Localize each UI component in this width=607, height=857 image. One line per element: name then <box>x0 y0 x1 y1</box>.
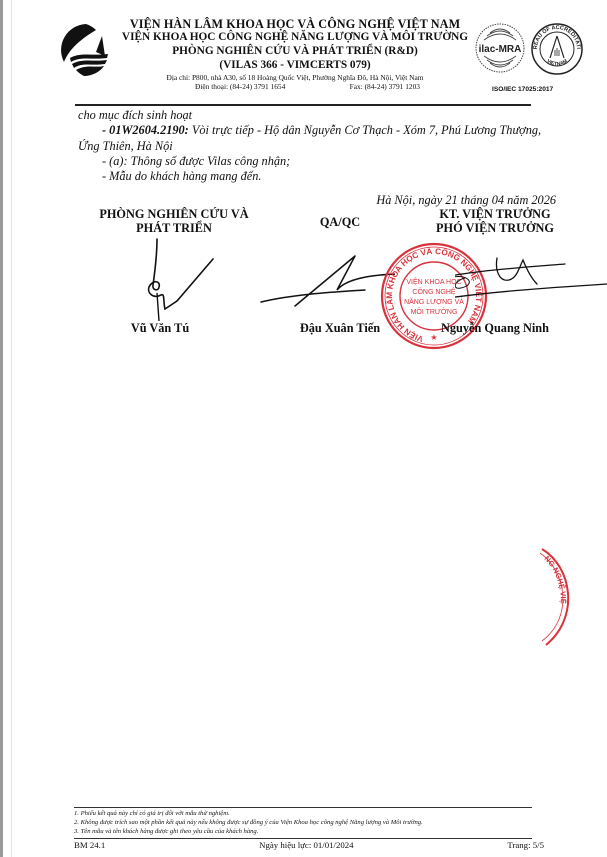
note-vilas: - (a): Thông số được Vilas công nhận; <box>78 154 558 169</box>
svg-text:CÔNG NGHỆ: CÔNG NGHỆ <box>412 287 456 296</box>
sample-location: Ứng Thiên, Hà Nội <box>78 139 558 154</box>
form-code: BM 24.1 <box>74 840 105 850</box>
signer-name-rd: Vũ Văn Tú <box>110 321 210 336</box>
sample-desc: Vòi trực tiếp - Hộ dân Nguyễn Cơ Thạch -… <box>189 123 541 137</box>
header-academy: VIỆN HÀN LÂM KHOA HỌC VÀ CÔNG NGHỆ VIỆT … <box>120 17 470 31</box>
svg-text:MÔI TRƯỜNG: MÔI TRƯỜNG <box>411 307 458 316</box>
effective-date: Ngày hiệu lực: 01/01/2024 <box>259 840 353 850</box>
signer-title-rd-line2: PHÁT TRIỂN <box>88 221 260 235</box>
page-number: Trang: 5/5 <box>507 840 544 850</box>
issue-date: Hà Nội, ngày 21 tháng 04 năm 2026 <box>340 193 556 208</box>
signer-name-director: Nguyễn Quang Ninh <box>420 321 570 336</box>
sample-description: cho mục đích sinh hoạt - 01W2604.2190: V… <box>78 108 558 184</box>
ilac-mra-logo-icon: ilac-MRA <box>474 22 526 74</box>
header-accreditation: (VILAS 366 - VIMCERTS 079) <box>120 58 470 72</box>
signature-icon <box>255 240 395 310</box>
institute-wave-logo-icon <box>58 22 114 78</box>
bureau-of-accreditation-logo-icon: BUREAU OF ACCREDITATION VIETNAM <box>530 22 584 76</box>
header-institute: VIỆN KHOA HỌC CÔNG NGHỆ NĂNG LƯỢNG VÀ MÔ… <box>120 31 470 44</box>
signer-title-rd: PHÒNG NGHIÊN CỨU VÀ PHÁT TRIỂN <box>88 207 260 235</box>
svg-text:VIETNAM: VIETNAM <box>545 58 568 67</box>
signature-icon <box>135 235 220 325</box>
signature-icon <box>455 250 607 305</box>
header-divider <box>75 104 531 106</box>
signer-name-qaqc: Đậu Xuân Tiến <box>280 321 400 336</box>
footer-divider-top <box>74 807 532 808</box>
signer-title-director-line1: KT. VIỆN TRƯỞNG <box>420 207 570 221</box>
header-department: PHÒNG NGHIÊN CỨU VÀ PHÁT TRIỂN (R&D) <box>120 44 470 58</box>
sample-code: - 01W2604.2190: <box>102 123 189 137</box>
signer-title-qaqc: QA/QC <box>300 215 380 229</box>
partial-seal-stamp-icon: NG NGHỆ VIỆ <box>540 547 580 647</box>
footer-note: 2. Không được trích sao một phần kết quả… <box>74 819 544 828</box>
svg-text:VIỆN KHOA HỌC: VIỆN KHOA HỌC <box>406 277 461 286</box>
svg-text:ilac-MRA: ilac-MRA <box>479 44 522 55</box>
signer-title-director-line2: PHÓ VIỆN TRƯỞNG <box>420 221 570 235</box>
sample-line: - 01W2604.2190: Vòi trực tiếp - Hộ dân N… <box>78 123 558 138</box>
footer-meta: BM 24.1 Ngày hiệu lực: 01/01/2024 Trang:… <box>74 840 544 850</box>
iso-standard-label: ISO/IEC 17025:2017 <box>492 86 553 93</box>
header-phone: Điện thoại: (84-24) 3791 1654 <box>195 82 285 91</box>
institution-header: VIỆN HÀN LÂM KHOA HỌC VÀ CÔNG NGHỆ VIỆT … <box>120 17 470 91</box>
svg-text:NG NGHỆ VIỆ: NG NGHỆ VIỆ <box>543 554 568 604</box>
note-customer-sample: - Mẫu do khách hàng mang đến. <box>78 169 558 184</box>
signer-title-director: KT. VIỆN TRƯỞNG PHÓ VIỆN TRƯỞNG <box>420 207 570 235</box>
signer-title-rd-line1: PHÒNG NGHIÊN CỨU VÀ <box>88 207 260 221</box>
footer-notes: 1. Phiếu kết quả này chỉ có giá trị đối … <box>74 810 544 836</box>
footer-note: 1. Phiếu kết quả này chỉ có giá trị đối … <box>74 810 544 819</box>
footer-note: 3. Tên mẫu và tên khách hàng được ghi th… <box>74 828 544 837</box>
footer-divider-bottom <box>74 838 532 839</box>
header-contacts: Điện thoại: (84-24) 3791 1654 Fax: (84-2… <box>120 82 470 91</box>
scan-border <box>0 0 3 857</box>
header-fax: Fax: (84-24) 3791 1203 <box>350 82 420 91</box>
scan-border-line <box>11 0 12 857</box>
header-address: Địa chỉ: P800, nhà A30, số 18 Hoàng Quốc… <box>120 73 470 82</box>
purpose-line: cho mục đích sinh hoạt <box>78 108 558 123</box>
